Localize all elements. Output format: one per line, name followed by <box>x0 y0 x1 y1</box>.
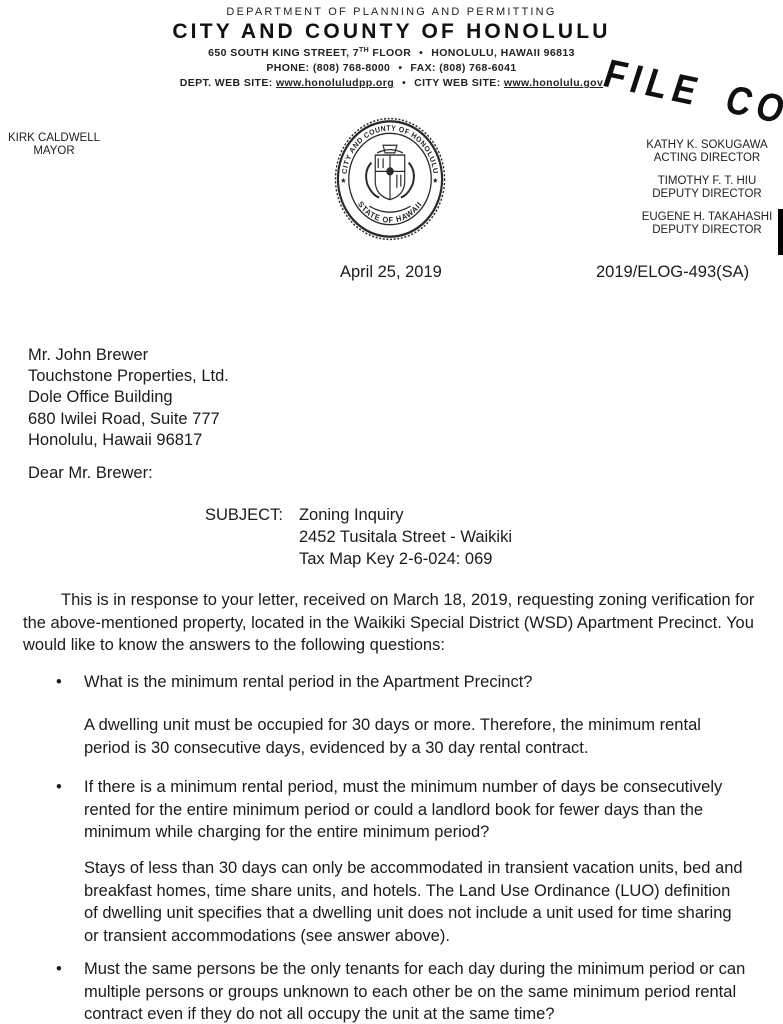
question-item: • What is the minimum rental period in t… <box>56 671 756 694</box>
official-entry: KATHY K. SOKUGAWA ACTING DIRECTOR <box>634 139 780 165</box>
dept-website-label: DEPT. WEB SITE: <box>180 77 276 89</box>
intro-paragraph: This is in response to your letter, rece… <box>23 589 760 657</box>
mayor-name: KIRK CALDWELL <box>6 132 102 145</box>
subject-block: SUBJECT: Zoning Inquiry 2452 Tusitala St… <box>205 504 512 570</box>
letterhead-address-line: 650 SOUTH KING STREET, 7TH FLOOR•HONOLUL… <box>0 47 783 59</box>
subject-tax-map-key: Tax Map Key 2-6-024: 069 <box>299 548 512 570</box>
question-item: • Must the same persons be the only tena… <box>56 958 756 1024</box>
question-text: What is the minimum rental period in the… <box>84 671 756 694</box>
official-title: DEPUTY DIRECTOR <box>634 188 780 201</box>
recipient-address: Mr. John Brewer Touchstone Properties, L… <box>28 345 229 451</box>
bullet-separator-icon: • <box>419 47 423 59</box>
department-name: DEPARTMENT OF PLANNING AND PERMITTING <box>0 6 783 18</box>
salutation: Dear Mr. Brewer: <box>28 464 153 483</box>
city-website-label: CITY WEB SITE: <box>414 77 504 89</box>
seal-star-right-icon: ★ <box>432 175 438 184</box>
recipient-company: Touchstone Properties, Ltd. <box>28 366 229 387</box>
ordinal-suffix: TH <box>359 47 369 54</box>
official-entry: TIMOTHY F. T. HIU DEPUTY DIRECTOR <box>634 175 780 201</box>
answer-text: A dwelling unit must be occupied for 30 … <box>84 714 732 759</box>
official-entry: EUGENE H. TAKAHASHI DEPUTY DIRECTOR <box>634 211 780 237</box>
bullet-icon: • <box>56 958 84 1024</box>
official-title: DEPUTY DIRECTOR <box>634 224 780 237</box>
phone-number: PHONE: (808) 768-8000 <box>266 62 390 74</box>
officials-list: KATHY K. SOKUGAWA ACTING DIRECTOR TIMOTH… <box>634 139 780 247</box>
scan-artifact <box>778 209 783 255</box>
street-address-floor: FLOOR <box>369 47 411 59</box>
city-website-link[interactable]: www.honolulu.gov <box>504 77 603 89</box>
letter-date: April 25, 2019 <box>340 263 442 282</box>
city-county-title: CITY AND COUNTY OF HONOLULU <box>0 20 783 44</box>
city-state-zip: HONOLULU, HAWAII 96813 <box>431 47 575 59</box>
seal-coat-of-arms <box>366 145 414 212</box>
street-address: 650 SOUTH KING STREET, 7 <box>208 47 359 59</box>
subject-topic: Zoning Inquiry <box>299 504 512 526</box>
bullet-separator-icon: • <box>402 77 406 89</box>
official-name: TIMOTHY F. T. HIU <box>634 175 780 188</box>
seal-star-left-icon: ★ <box>340 175 346 184</box>
recipient-city: Honolulu, Hawaii 96817 <box>28 430 229 451</box>
honolulu-seal-icon: CITY AND COUNTY OF HONOLULU STATE OF HAW… <box>334 117 446 241</box>
official-name: KATHY K. SOKUGAWA <box>634 139 780 152</box>
official-title: ACTING DIRECTOR <box>634 152 780 165</box>
question-text: Must the same persons be the only tenant… <box>84 958 756 1024</box>
recipient-name: Mr. John Brewer <box>28 345 229 366</box>
scanned-letter-page: DEPARTMENT OF PLANNING AND PERMITTING CI… <box>0 0 783 1024</box>
mayor-title: MAYOR <box>6 145 102 158</box>
question-text: If there is a minimum rental period, mus… <box>84 776 756 844</box>
mayor-block: KIRK CALDWELL MAYOR <box>6 132 102 158</box>
reference-number: 2019/ELOG-493(SA) <box>596 263 749 282</box>
question-item: • If there is a minimum rental period, m… <box>56 776 756 844</box>
recipient-building: Dole Office Building <box>28 387 229 408</box>
bullet-icon: • <box>56 671 84 694</box>
bullet-icon: • <box>56 776 84 844</box>
answer-text: Stays of less than 30 days can only be a… <box>84 857 744 947</box>
fax-number: FAX: (808) 768-6041 <box>410 62 516 74</box>
subject-label: SUBJECT: <box>205 504 283 570</box>
dept-website-link[interactable]: www.honoluludpp.org <box>276 77 394 89</box>
subject-lines: Zoning Inquiry 2452 Tusitala Street - Wa… <box>299 504 512 570</box>
official-name: EUGENE H. TAKAHASHI <box>634 211 780 224</box>
subject-address: 2452 Tusitala Street - Waikiki <box>299 526 512 548</box>
recipient-street: 680 Iwilei Road, Suite 777 <box>28 409 229 430</box>
bullet-separator-icon: • <box>398 62 402 74</box>
